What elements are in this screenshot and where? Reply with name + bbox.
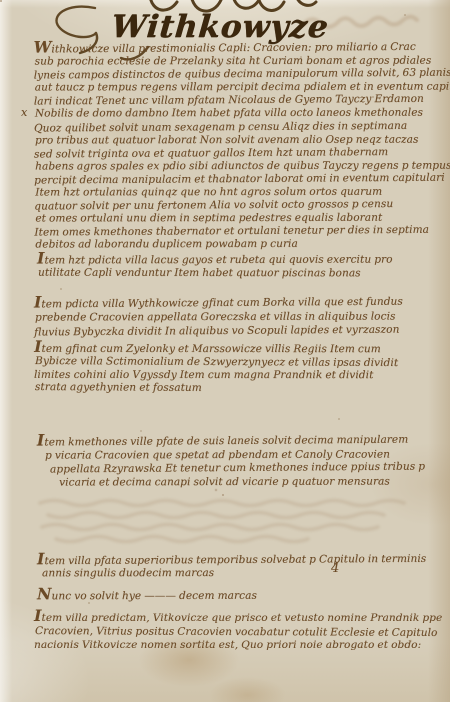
paragraph-old-name-note: Item villa predictam, Vitkovicze que pri… [34, 610, 442, 653]
text-line: fluvius Bybyczka dividit In aliquibus vo… [34, 323, 403, 340]
show-through-ghost-lines [36, 495, 444, 547]
text-line: Item gfinat cum Zyelonky et Marssowicze … [34, 342, 397, 356]
text-line: annis singulis duodecim marcas [42, 567, 427, 581]
text-line: debitos ad laborandu duplicem powabam p … [35, 238, 450, 252]
paragraph-lakes-note: Item hzt pdicta villa lacus gayos et rub… [37, 253, 393, 280]
paper-speckles [0, 0, 2, 2]
text-line: strata agyethynien et fossatum [35, 381, 398, 396]
manuscript-page: Withkowyze x 4 Withkowicze villa prestim… [0, 0, 450, 702]
paragraph-main-entry: Withkowicze villa prestimonialis Capli: … [34, 40, 450, 252]
text-line: Cracovien, Vitrius positus Cracovien voc… [35, 625, 443, 641]
text-line: nacionis Vitkovicze nomen sortita est, Q… [34, 639, 442, 653]
text-line: Item pdicta villa Wythkowicze gfinat cum… [34, 295, 403, 313]
paragraph-tithe-note: Item kmethones ville pfate de suis lanei… [37, 433, 425, 490]
text-line: Item hzt pdicta villa lacus gayos et rub… [37, 253, 393, 268]
margin-collation-mark: x [21, 106, 27, 119]
page-title: Withkowyze [0, 10, 441, 44]
paragraph-former-payment: Item villa pfata superioribus temporibus… [37, 552, 426, 581]
text-line: Item villa predictam, Vitkovicze que pri… [34, 611, 442, 626]
paragraph-boundary-royal-villages: Item gfinat cum Zyelonky et Marssowicze … [34, 341, 397, 396]
paragraph-current-payment: Nunc vo solvit hye ——— decem marcas [37, 589, 257, 603]
paragraph-boundary-borka: Item pdicta villa Wythkowicze gfinat cum… [34, 295, 403, 339]
text-line: Item kmethones ville pfate de suis lanei… [37, 432, 425, 450]
text-line: vicaria et decima canapi solvit ad vicar… [59, 475, 426, 490]
text-line: utilitate Capli venduntur Item habet qua… [38, 267, 394, 281]
text-line: prebende Cracovien appellata Goreczska e… [35, 310, 404, 325]
text-line: Nobilis de domo dambno Item habet pfata … [35, 107, 450, 121]
text-line: Item villa pfata superioribus temporibus… [37, 552, 426, 568]
text-line: Nunc vo solvit hye ——— decem marcas [37, 589, 257, 604]
